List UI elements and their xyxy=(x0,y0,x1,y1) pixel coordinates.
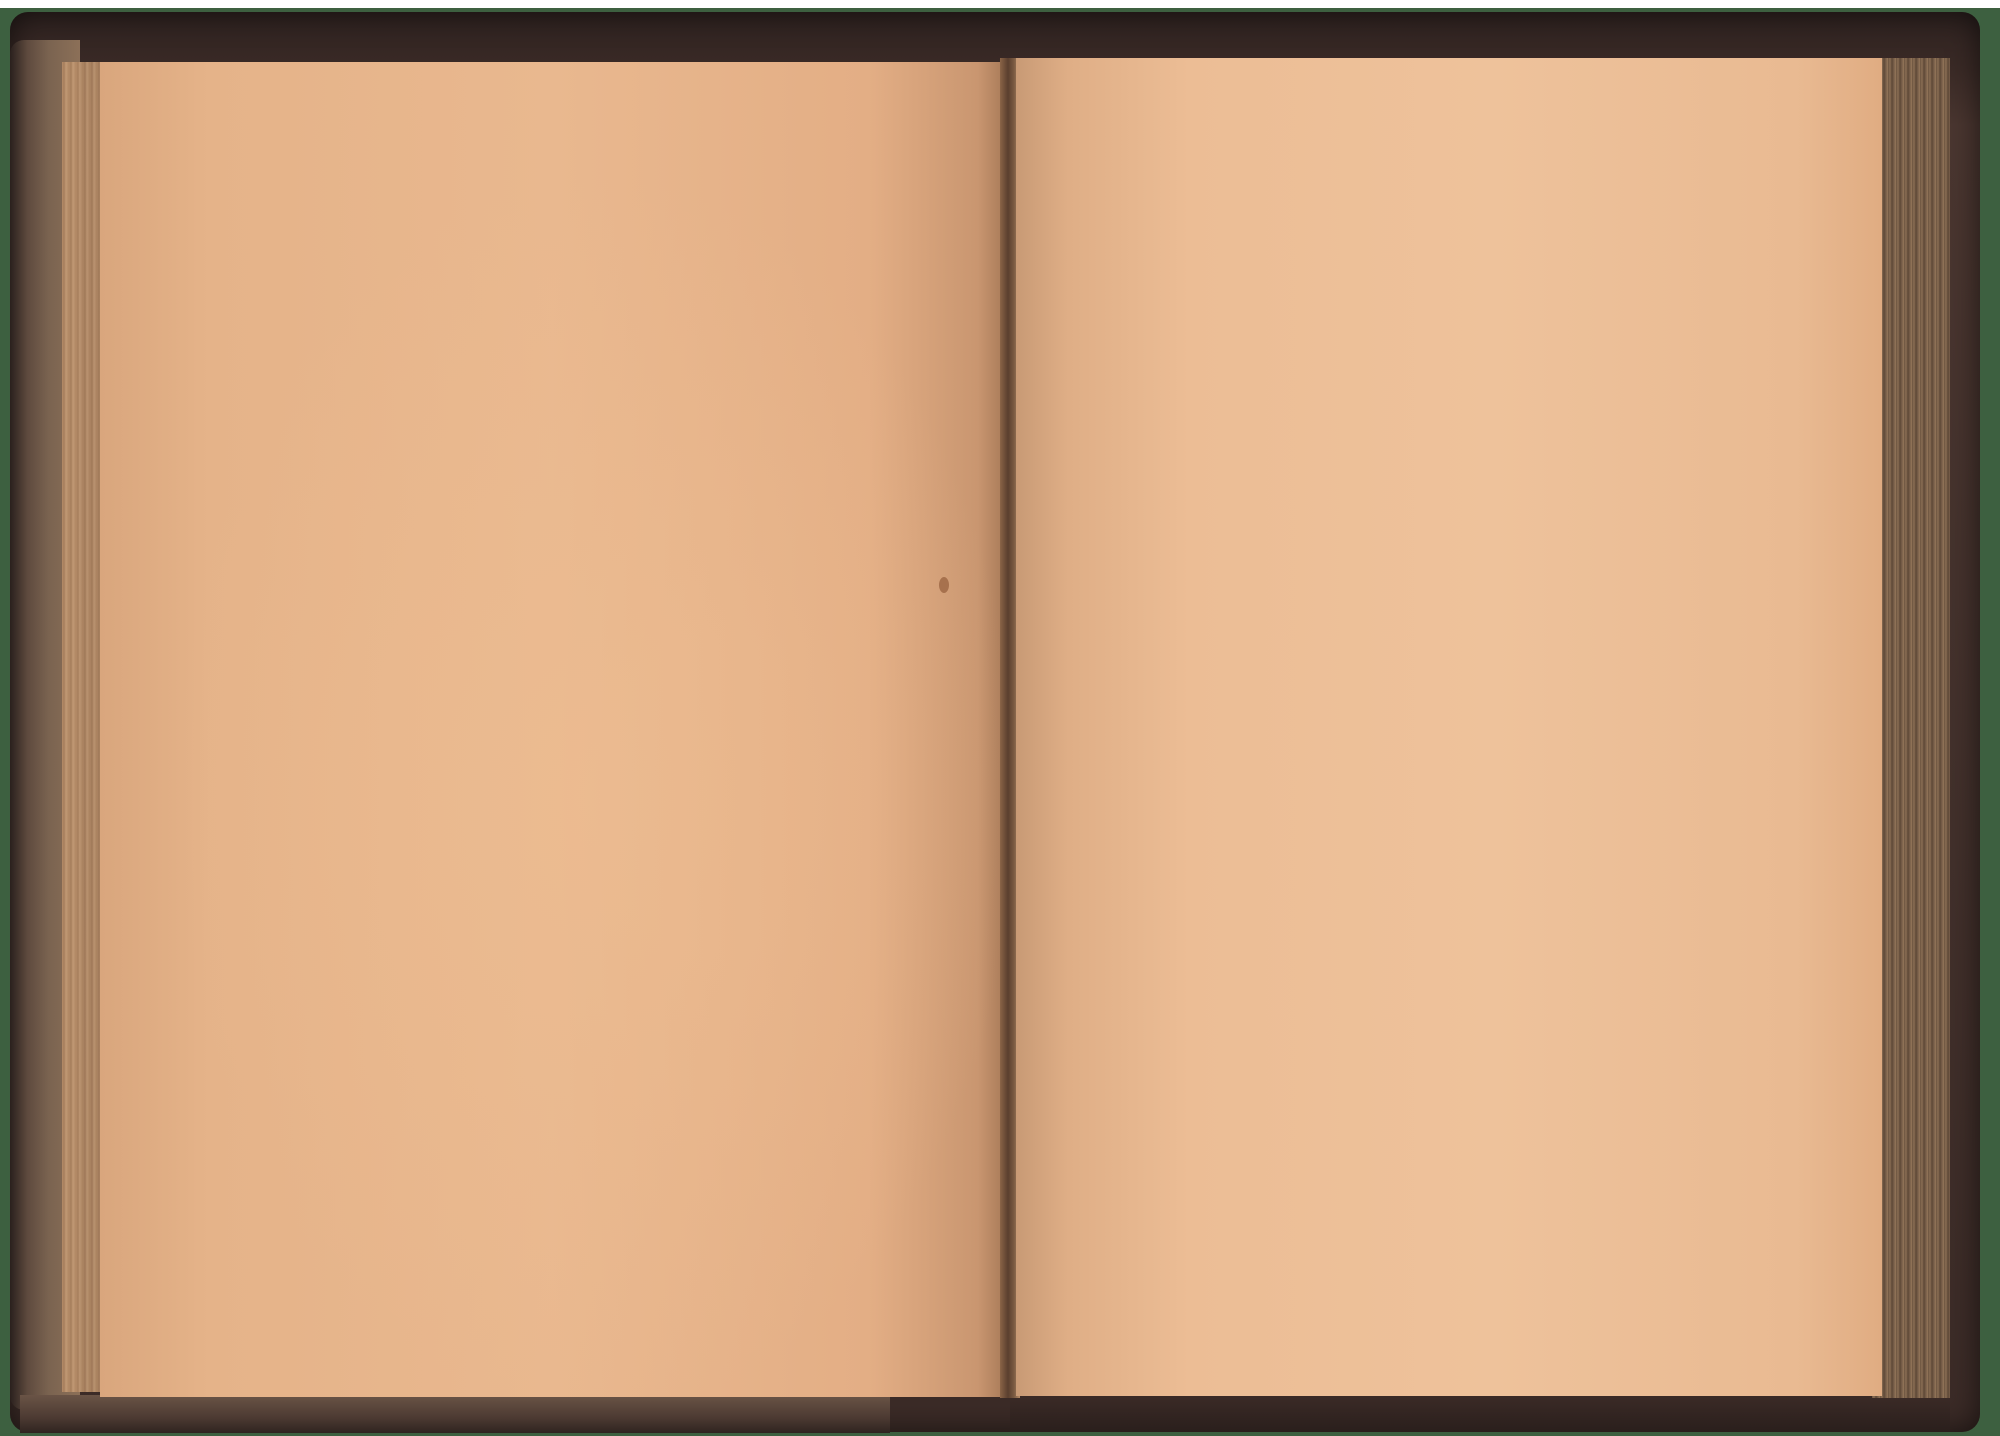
book-cover-bottom-right xyxy=(1010,1398,1950,1432)
top-margin-strip xyxy=(0,0,1000,8)
paper-stain xyxy=(939,577,949,593)
right-page xyxy=(1016,58,1882,1396)
right-page-stack xyxy=(1872,58,1950,1398)
book-cover-bottom-left xyxy=(20,1395,890,1433)
left-page xyxy=(100,62,1007,1397)
